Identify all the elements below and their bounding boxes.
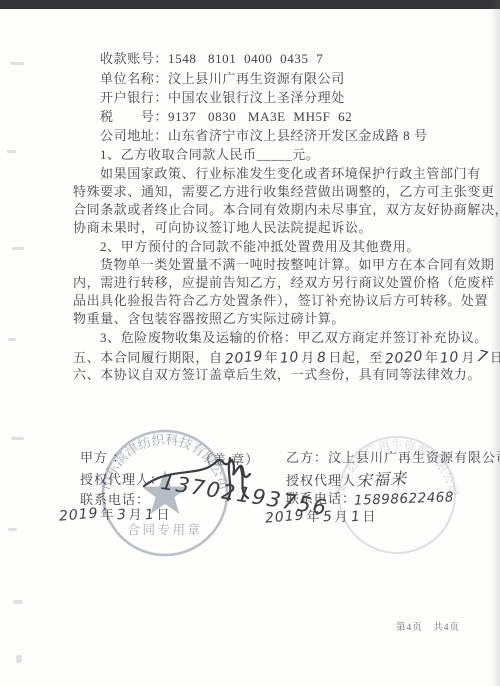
scan-top-band [0,0,500,9]
term-handwritten-year-start: 2019 [224,349,263,366]
term-handwritten-month-end: 10 [440,350,460,366]
field-value: 9137 0830 MA3E MH5F 62 [168,109,352,124]
clause-line: 内，需进行转移，应提前告知乙方，经双方另行商议处置价格（危废样 [73,276,495,289]
bank-branch-row: 开户银行：中国农业银行汶上圣泽分理处 [100,91,345,104]
printed-month-label: 月 [335,509,349,524]
party-b-label-row: 乙方：汶上县川广再生资源有限公司 [286,447,500,466]
contract-term-line: 五、本合同履行期限，自2019年10月8日起，至2020年10月7日。 [73,349,500,365]
clause-line: 2、甲方预付的合同款不能冲抵处置费用及其他费用。 [100,240,420,253]
party-b-label: 乙方： [286,450,328,465]
scanned-contract-page: 山东滨津纺织科技有限公司 合同专用章 ·········· 汶上县川广再生资源有… [0,0,500,686]
party-a-label: 甲方 ： [80,447,126,466]
scan-smudge [12,247,24,250]
term-handwritten-month-start: 10 [280,350,300,366]
clause-line: 合同条款或者终止合同。本合同有效期内未尽事宜，双方友好协商解决， [73,203,500,216]
scan-smudge [11,437,24,440]
bank-account-row: 收款账号：1548 8101 0400 0435 7 [100,52,323,65]
party-b-company: 汶上县川广再生资源有限公司 [328,450,500,465]
scan-right-edge-shadow [490,0,500,686]
term-printed: 年 [265,350,279,365]
printed-day-label: 日 [157,507,171,522]
field-label: 开户银行： [100,90,168,105]
clause-line: 协商未果时，可向协议签订地人民法院提起诉讼。 [73,221,372,234]
clause-line: 货物单一类处置量不满一吨时按整吨计算。如甲方在本合同有效期 [100,258,494,271]
term-printed: 五、本合同履行期限，自 [73,350,223,365]
seal-serial-dots: ·········· [150,542,180,547]
page-number-footer: 第4页 共4页 [396,619,460,633]
field-value: 1548 8101 0400 0435 7 [168,51,323,66]
printed-month-label: 月 [129,507,143,522]
scan-smudge [13,600,23,604]
term-printed: 月 [461,350,475,365]
company-address-row: 公司地址：山东省济宁市汶上县经济开发区金成路 8 号 [100,129,428,142]
company-name-row: 单位名称：汶上县川广再生资源有限公司 [100,72,345,85]
clause-line: 物重量、含包装容器按照乙方实际过磅计算。 [73,312,345,325]
party-b-agent-label: 授权代理人 [286,473,356,488]
field-label: 税 号： [100,109,168,124]
handwritten-month: 3 [116,507,127,524]
party-b-agent-row: 授权代理人宋福来 [286,467,407,490]
term-printed: 日。 [490,350,500,365]
field-label: 单位名称： [100,71,168,86]
clause-line: 品出具化验报告符合乙方处置条件），签订补充协议后方可转移。处置 [73,294,488,307]
printed-year-label: 年 [101,507,115,522]
scan-smudge [7,150,16,153]
seal-serial-dots: ·········· [382,530,412,535]
term-handwritten-year-end: 2020 [384,349,423,366]
field-label: 公司地址： [100,128,168,143]
term-printed: 日起，至 [328,350,382,365]
clause-line: 特殊要求、通知，需要乙方进行收集经营做出调整的，乙方可主张变更 [73,185,495,198]
field-label: 收款账号： [100,51,168,66]
term-printed: 年 [425,350,439,365]
handwritten-day: 1 [350,509,361,526]
clause-line: 1、乙方收取合同款人民币_____元。 [100,148,319,161]
handwritten-year: 2019 [58,505,99,524]
term-printed: 月 [301,350,315,365]
party-a-date-line: 2019年3月1日 [57,504,171,523]
clause-line: 如果国家政策、行业标准发生变化或者环境保护行政主管部门有 [100,167,481,180]
handwritten-day: 1 [144,507,155,524]
clause-line: 六、本协议自双方签订盖章后生效，一式叁份，具有同等法律效力。 [73,368,481,381]
field-value: 汶上县川广再生资源有限公司 [168,71,345,86]
term-handwritten-day-end: 7 [475,348,489,366]
seal-banner-text: 合同专用章 [127,522,202,537]
tax-number-row: 税 号：9137 0830 MA3E MH5F 62 [100,110,352,123]
scan-smudge [10,62,24,65]
field-value: 中国农业银行汶上圣泽分理处 [168,90,345,105]
printed-day-label: 日 [363,509,377,524]
clause-line: 3、危险废物收集及运输的价格：甲乙双方商定并签订补充协议。 [100,331,488,344]
term-handwritten-day-start: 8 [316,351,327,366]
scan-smudge [16,655,22,663]
scan-smudge [8,338,16,341]
field-value: 山东省济宁市汶上县经济开发区金成路 8 号 [168,128,428,143]
scan-smudge [8,528,17,531]
